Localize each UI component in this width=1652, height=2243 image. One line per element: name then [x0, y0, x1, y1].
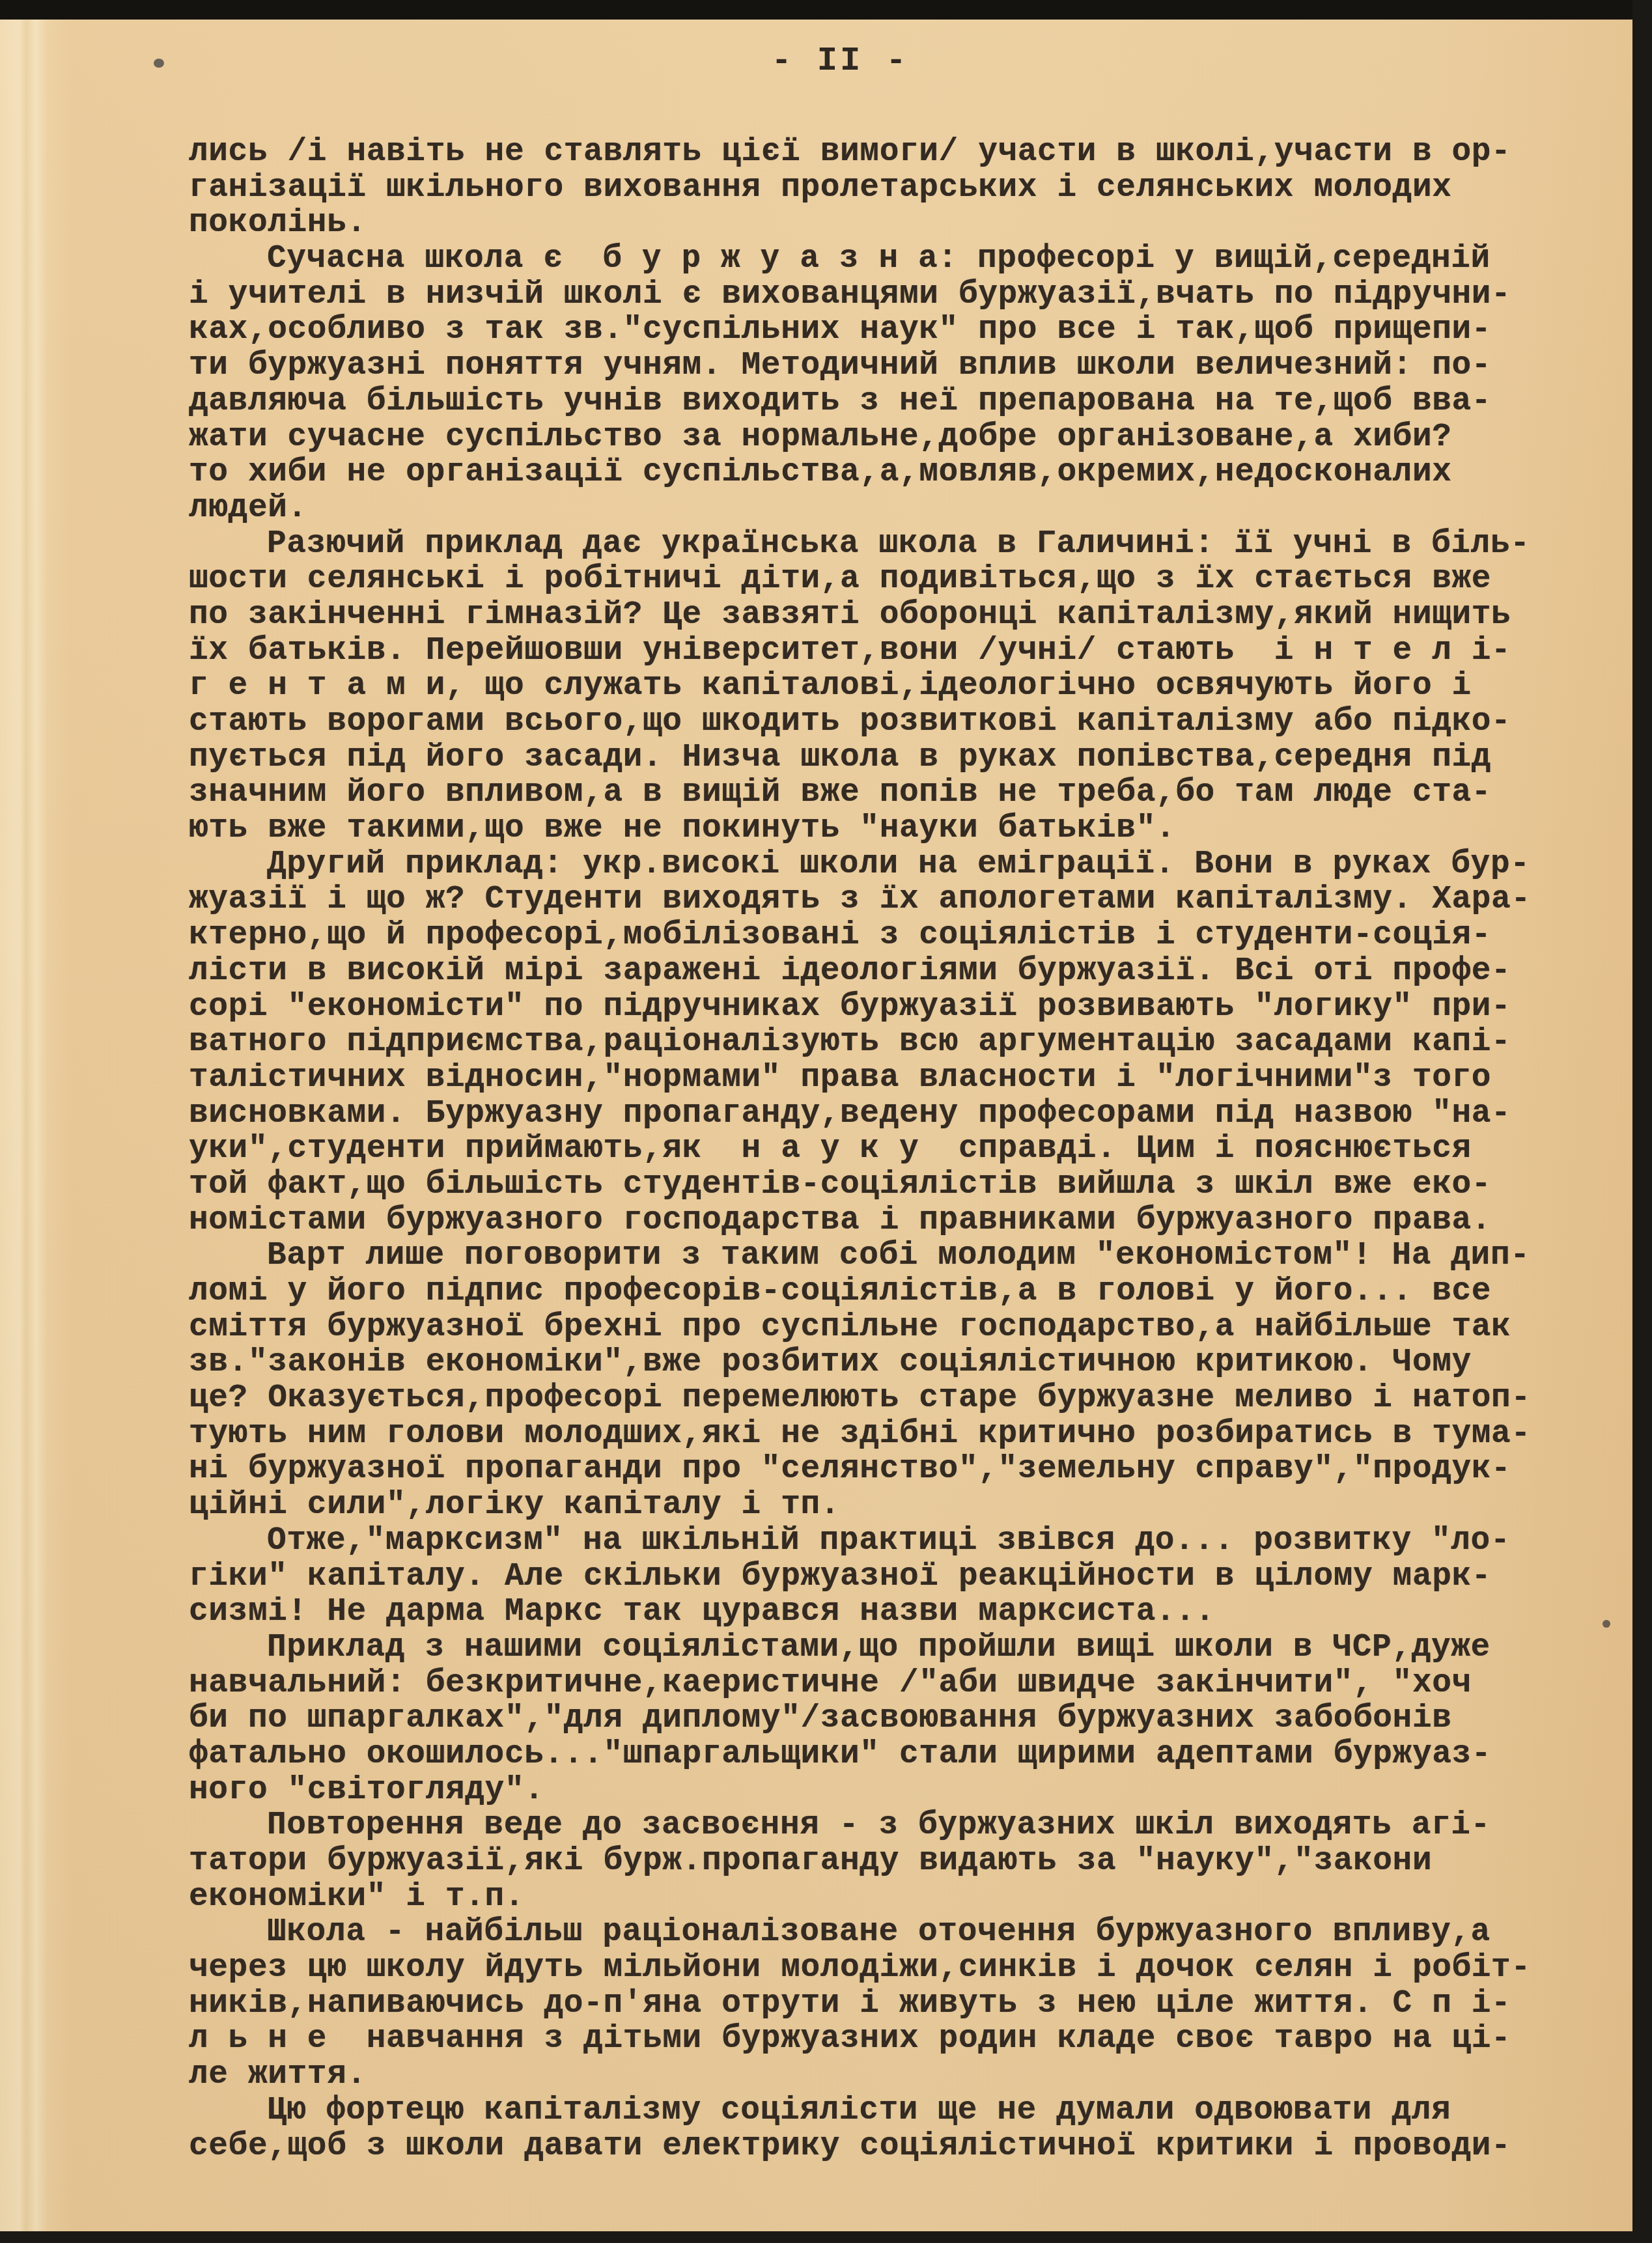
text-line: ктерно,що й професорі,мобілізовані з соц…: [189, 917, 1556, 953]
text-line: ють вже такими,що вже не покинуть "науки…: [189, 811, 1556, 846]
text-line: би по шпаргалках","для диплому"/засвоюва…: [189, 1701, 1556, 1736]
text-line: Отже,"марксизм" на шкільній практиці зві…: [189, 1523, 1556, 1559]
scan-border-top: [0, 0, 1652, 20]
text-line: сміття буржуазної брехні про суспільне г…: [189, 1309, 1556, 1345]
text-line: ках,особливо з так зв."суспільних наук" …: [189, 312, 1556, 348]
ink-dot-mark: [154, 59, 164, 68]
text-line: стають ворогами всього,що шкодить розвит…: [189, 704, 1556, 740]
text-line: татори буржуазії,які бурж.пропаганду вид…: [189, 1843, 1556, 1879]
text-line: сорі "економісти" по підручниках буржуаз…: [189, 989, 1556, 1025]
text-line: зв."законів економіки",вже розбитих соці…: [189, 1344, 1556, 1380]
text-line: значним його впливом,а в вищій вже попів…: [189, 775, 1556, 811]
text-line: той факт,що більшість студентів-соціяліс…: [189, 1167, 1556, 1203]
ink-dot-mark-right: [1603, 1620, 1610, 1628]
text-line: висновками. Буржуазну пропаганду,ведену …: [189, 1096, 1556, 1132]
text-line: лісти в високій мірі заражені ідеологіям…: [189, 953, 1556, 989]
text-line: жуазії і що ж? Студенти виходять з їх ап…: [189, 882, 1556, 917]
text-line: пується під його засади. Низча школа в р…: [189, 740, 1556, 775]
text-line: шости селянські і робітничі діти,а подив…: [189, 561, 1556, 597]
text-line: ні буржуазної пропаганди про "селянство"…: [189, 1451, 1556, 1487]
text-line: то хиби не організації суспільства,а,мов…: [189, 454, 1556, 490]
text-line: тують ним голови молодших,які не здібні …: [189, 1416, 1556, 1452]
text-line: фатально окошилось..."шпаргальщики" стал…: [189, 1736, 1556, 1772]
text-line: давляюча більшість учнів виходить з неї …: [189, 383, 1556, 419]
text-line: лись /і навіть не ставлять цієї вимоги/ …: [189, 134, 1556, 170]
text-line: по закінченні гімназій? Це завзяті оборо…: [189, 597, 1556, 633]
text-line: сизмі! Не дарма Маркс так цурався назви …: [189, 1594, 1556, 1630]
text-line: ти буржуазні поняття учням. Методичний в…: [189, 348, 1556, 383]
text-line: ційні сили",логіку капіталу і тп.: [189, 1487, 1556, 1523]
text-line: через цю школу йдуть мільйони молодіжи,с…: [189, 1950, 1556, 1986]
text-line: ватного підприємства,раціоналізують всю …: [189, 1024, 1556, 1060]
text-line: ників,напиваючись до-п'яна отрути і живу…: [189, 1986, 1556, 2022]
text-line: це? Оказується,професорі перемелюють ста…: [189, 1380, 1556, 1416]
text-line: і учителі в низчій школі є вихованцями б…: [189, 277, 1556, 313]
text-line: г е н т а м и, що служать капіталові,іде…: [189, 668, 1556, 704]
text-line: ганізації шкільного виховання пролетарсь…: [189, 170, 1556, 206]
text-line: поколінь.: [189, 205, 1556, 241]
text-line: себе,щоб з школи давати електрику соціял…: [189, 2128, 1556, 2164]
text-line: жати сучасне суспільство за нормальне,до…: [189, 419, 1556, 455]
text-line: ломі у його підпис професорів-соціялісті…: [189, 1274, 1556, 1309]
text-line: їх батьків. Перейшовши університет,вони …: [189, 633, 1556, 669]
text-line: навчальний: безкритичне,каеристичне /"аб…: [189, 1665, 1556, 1701]
text-line: ного "світогляду".: [189, 1772, 1556, 1808]
text-line: гіки" капіталу. Але скільки буржуазної р…: [189, 1559, 1556, 1595]
typewritten-body-text: лись /і навіть не ставлять цієї вимоги/ …: [189, 134, 1556, 2164]
text-line: Разючий приклад дає українська школа в Г…: [189, 526, 1556, 562]
text-line: талістичних відносин,"нормами" права вла…: [189, 1060, 1556, 1096]
text-line: л ь н е навчання з дітьми буржуазних род…: [189, 2021, 1556, 2057]
text-line: номістами буржуазного господарства і пра…: [189, 1203, 1556, 1238]
text-line: Школа - найбільш раціоналізоване оточенн…: [189, 1914, 1556, 1950]
text-line: ле життя.: [189, 2057, 1556, 2093]
text-line: економіки" і т.п.: [189, 1879, 1556, 1915]
text-line: Повторення веде до засвоєння - з буржуаз…: [189, 1807, 1556, 1843]
text-line: Приклад з нашими соціялістами,що пройшли…: [189, 1630, 1556, 1665]
text-line: Варт лише поговорити з таким собі молоди…: [189, 1238, 1556, 1274]
text-line: людей.: [189, 490, 1556, 526]
text-line: Другий приклад: укр.високі школи на еміг…: [189, 846, 1556, 882]
page-number: - II -: [755, 42, 925, 80]
text-line: Сучасна школа є б у р ж у а з н а: профе…: [189, 241, 1556, 277]
text-line: уки",студенти приймають,як н а у к у спр…: [189, 1131, 1556, 1167]
scan-border-right: [1632, 0, 1652, 2243]
text-line: Цю фортецю капіталізму соціялісти ще не …: [189, 2093, 1556, 2128]
scan-border-bottom: [0, 2231, 1652, 2243]
